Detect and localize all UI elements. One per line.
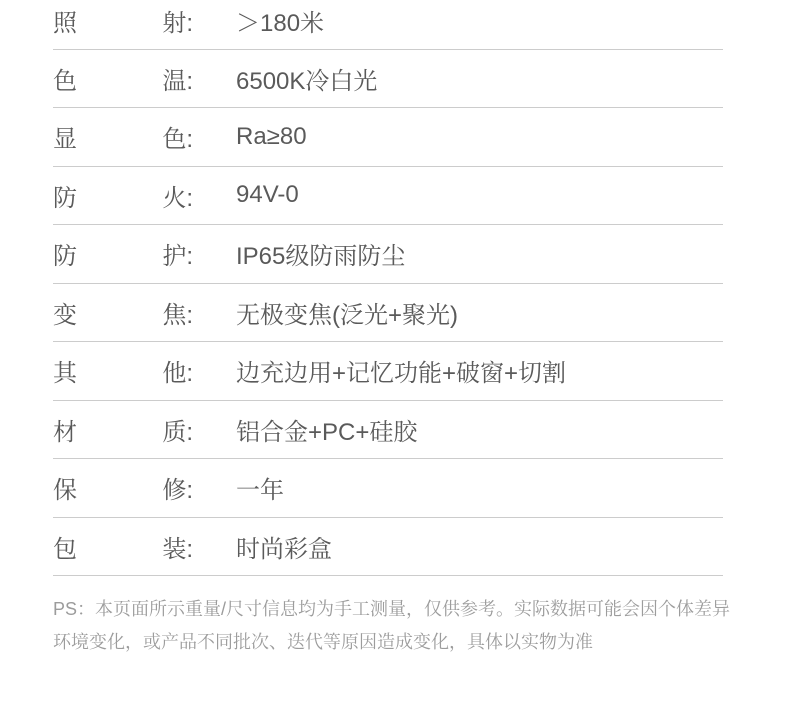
spec-key-colon: : — [186, 10, 193, 37]
product-spec-table: 照 射: ＞180米 色 温: 6500K冷白光 显 色: Ra≥80 防 火:… — [0, 0, 790, 576]
spec-value: 一年 — [236, 470, 284, 505]
ps-disclaimer-note: PS：本页面所示重量/尺寸信息均为手工测量，仅供参考。实际数据可能会因个体差异 … — [53, 593, 740, 659]
spec-row: 保 修: 一年 — [53, 459, 723, 518]
spec-value: 94V-0 — [236, 181, 299, 209]
spec-key-first: 材 — [53, 412, 77, 447]
spec-row: 防 火: 94V-0 — [53, 167, 723, 226]
spec-key-last: 护: — [162, 236, 193, 271]
spec-key: 防 火: — [53, 178, 193, 213]
spec-key-last: 火: — [162, 178, 193, 213]
spec-key: 显 色: — [53, 119, 193, 154]
spec-key-first: 变 — [53, 295, 77, 330]
spec-value: 无极变焦(泛光+聚光) — [236, 295, 458, 330]
spec-key: 防 护: — [53, 236, 193, 271]
spec-key-colon: : — [186, 126, 193, 153]
spec-row: 色 温: 6500K冷白光 — [53, 50, 723, 109]
spec-key-last: 质: — [162, 412, 193, 447]
spec-value: IP65级防雨防尘 — [236, 236, 405, 271]
spec-key-first: 显 — [53, 119, 77, 154]
spec-row: 显 色: Ra≥80 — [53, 108, 723, 167]
spec-key: 其 他: — [53, 353, 193, 388]
ps-disclaimer-line-1: PS：本页面所示重量/尺寸信息均为手工测量，仅供参考。实际数据可能会因个体差异 — [53, 593, 740, 626]
spec-key-colon: : — [186, 360, 193, 387]
spec-key-first: 防 — [53, 236, 77, 271]
spec-row: 其 他: 边充边用+记忆功能+破窗+切割 — [53, 342, 723, 401]
spec-key-colon: : — [186, 477, 193, 504]
spec-key-last: 射: — [162, 3, 193, 38]
spec-value: Ra≥80 — [236, 123, 307, 151]
spec-key-colon: : — [186, 243, 193, 270]
spec-key-first: 其 — [53, 353, 77, 388]
spec-key-last: 装: — [162, 529, 193, 564]
spec-key-colon: : — [186, 68, 193, 95]
spec-row: 照 射: ＞180米 — [53, 0, 723, 50]
spec-value: 时尚彩盒 — [236, 529, 332, 564]
spec-value: 6500K冷白光 — [236, 61, 377, 96]
spec-key-colon: : — [186, 536, 193, 563]
spec-value: 铝合金+PC+硅胶 — [236, 412, 417, 447]
spec-key-first: 色 — [53, 61, 77, 96]
spec-row: 防 护: IP65级防雨防尘 — [53, 225, 723, 284]
spec-key-last: 温: — [162, 61, 193, 96]
spec-key-colon: : — [186, 419, 193, 446]
ps-disclaimer-line-2: 环境变化，或产品不同批次、迭代等原因造成变化，具体以实物为准 — [53, 626, 740, 659]
spec-key-last: 他: — [162, 353, 193, 388]
spec-key: 保 修: — [53, 470, 193, 505]
spec-key-last: 修: — [162, 470, 193, 505]
spec-key-first: 防 — [53, 178, 77, 213]
spec-key: 包 装: — [53, 529, 193, 564]
spec-row: 变 焦: 无极变焦(泛光+聚光) — [53, 284, 723, 343]
spec-key: 照 射: — [53, 3, 193, 38]
spec-key: 色 温: — [53, 61, 193, 96]
spec-key-first: 包 — [53, 529, 77, 564]
spec-key: 材 质: — [53, 412, 193, 447]
spec-value: 边充边用+记忆功能+破窗+切割 — [236, 353, 566, 388]
spec-value: ＞180米 — [236, 3, 324, 38]
spec-row: 材 质: 铝合金+PC+硅胶 — [53, 401, 723, 460]
spec-row: 包 装: 时尚彩盒 — [53, 518, 723, 577]
spec-key-last: 焦: — [162, 295, 193, 330]
spec-key-colon: : — [186, 185, 193, 212]
spec-key-first: 照 — [53, 3, 77, 38]
spec-key-colon: : — [186, 302, 193, 329]
spec-key-first: 保 — [53, 470, 77, 505]
spec-key-last: 色: — [162, 119, 193, 154]
spec-key: 变 焦: — [53, 295, 193, 330]
